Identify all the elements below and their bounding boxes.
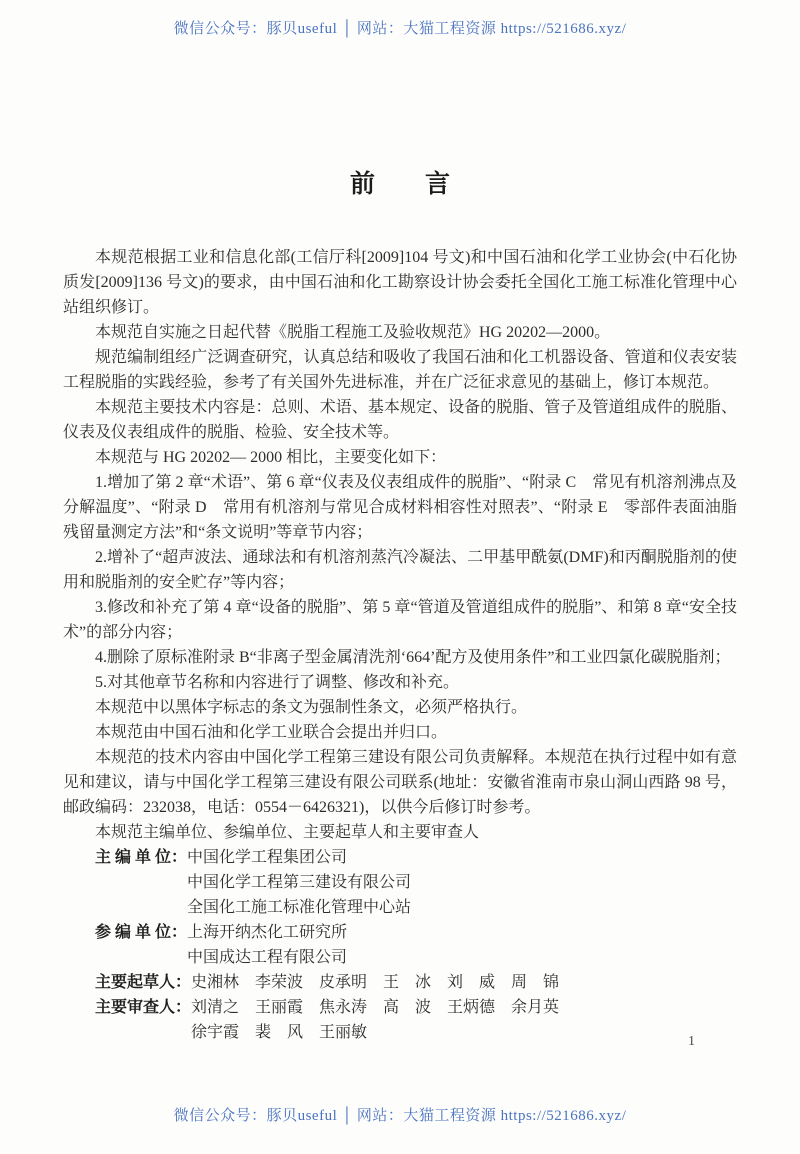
paragraph-changes-lead: 本规范与 HG 20202— 2000 相比，主要变化如下： <box>63 445 737 470</box>
credit-values: 刘清之 王丽霞 焦永涛 高 波 王炳德 余月英 徐宇霞 裴 风 王丽敏 <box>191 995 737 1045</box>
credit-line: 刘清之 王丽霞 焦永涛 高 波 王炳德 余月英 <box>191 995 737 1020</box>
credit-line: 中国化学工程集团公司 <box>187 845 737 870</box>
change-item-1: 1.增加了第 2 章“术语”、第 6 章“仪表及仪表组成件的脱脂”、“附录 C … <box>63 470 737 545</box>
change-item-2: 2.增补了“超声波法、通球法和有机溶剂蒸汽冷凝法、二甲基甲酰氨(DMF)和丙酮脱… <box>63 545 737 595</box>
credit-line: 上海开纳杰化工研究所 <box>187 920 737 945</box>
paragraph-credits-lead: 本规范主编单位、参编单位、主要起草人和主要审查人 <box>63 820 737 845</box>
change-item-4: 4.删除了原标准附录 B“非离子型金属清洗剂‘664’配方及使用条件”和工业四氯… <box>63 645 737 670</box>
credit-row-chief-editor: 主 编 单 位： 中国化学工程集团公司 中国化学工程第三建设有限公司 全国化工施… <box>95 845 737 920</box>
credit-row-drafters: 主要起草人： 史湘林 李荣波 皮承明 王 冰 刘 威 周 锦 <box>95 970 737 995</box>
credit-line: 徐宇霞 裴 风 王丽敏 <box>191 1020 737 1045</box>
page-title: 前 言 <box>0 164 800 200</box>
credit-label: 参 编 单 位： <box>95 920 187 970</box>
watermark-footer: 微信公众号：豚贝useful │ 网站：大猫工程资源 https://52168… <box>0 1104 800 1125</box>
credit-line: 史湘林 李荣波 皮承明 王 冰 刘 威 周 锦 <box>191 970 737 995</box>
page-number: 1 <box>688 1034 695 1050</box>
paragraph-contact: 本规范的技术内容由中国化学工程第三建设有限公司负责解释。本规范在执行过程中如有意… <box>63 745 737 820</box>
credits-section: 主 编 单 位： 中国化学工程集团公司 中国化学工程第三建设有限公司 全国化工施… <box>63 845 737 1045</box>
document-body: 本规范根据工业和信息化部(工信厅科[2009]104 号文)和中国石油和化学工业… <box>63 245 737 1045</box>
credit-label: 主要审查人： <box>95 995 191 1045</box>
watermark-header: 微信公众号：豚贝useful │ 网站：大猫工程资源 https://52168… <box>0 17 800 38</box>
paragraph-authority: 本规范由中国石油和化学工业联合会提出并归口。 <box>63 720 737 745</box>
paragraph-contents: 本规范主要技术内容是：总则、术语、基本规定、设备的脱脂、管子及管道组成件的脱脂、… <box>63 395 737 445</box>
credit-values: 中国化学工程集团公司 中国化学工程第三建设有限公司 全国化工施工标准化管理中心站 <box>187 845 737 920</box>
credit-row-reviewers: 主要审查人： 刘清之 王丽霞 焦永涛 高 波 王炳德 余月英 徐宇霞 裴 风 王… <box>95 995 737 1045</box>
paragraph-replacement: 本规范自实施之日起代替《脱脂工程施工及验收规范》HG 20202—2000。 <box>63 320 737 345</box>
paragraph-drafting: 规范编制组经广泛调查研究，认真总结和吸收了我国石油和化工机器设备、管道和仪表安装… <box>63 345 737 395</box>
credit-row-co-editor: 参 编 单 位： 上海开纳杰化工研究所 中国成达工程有限公司 <box>95 920 737 970</box>
paragraph-mandatory: 本规范中以黑体字标志的条文为强制性条文，必须严格执行。 <box>63 695 737 720</box>
credit-values: 上海开纳杰化工研究所 中国成达工程有限公司 <box>187 920 737 970</box>
change-item-3: 3.修改和补充了第 4 章“设备的脱脂”、第 5 章“管道及管道组成件的脱脂”、… <box>63 595 737 645</box>
document-page: 微信公众号：豚贝useful │ 网站：大猫工程资源 https://52168… <box>0 0 800 1154</box>
paragraph-intro: 本规范根据工业和信息化部(工信厅科[2009]104 号文)和中国石油和化学工业… <box>63 245 737 320</box>
change-item-5: 5.对其他章节名称和内容进行了调整、修改和补充。 <box>63 670 737 695</box>
credit-values: 史湘林 李荣波 皮承明 王 冰 刘 威 周 锦 <box>191 970 737 995</box>
credit-label: 主 编 单 位： <box>95 845 187 920</box>
credit-line: 中国化学工程第三建设有限公司 <box>187 870 737 895</box>
credit-label: 主要起草人： <box>95 970 191 995</box>
credit-line: 中国成达工程有限公司 <box>187 945 737 970</box>
credit-line: 全国化工施工标准化管理中心站 <box>187 895 737 920</box>
